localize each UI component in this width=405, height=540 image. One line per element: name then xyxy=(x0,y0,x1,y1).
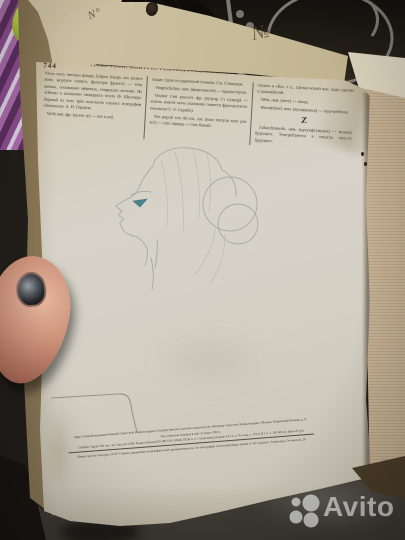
pencil-profile-sketch xyxy=(95,140,275,310)
ink-speck xyxy=(364,162,367,166)
handwritten-mark-large: № xyxy=(250,20,274,46)
column-middle: тащат. Одно из изречений стоиков. См. Ст… xyxy=(143,76,252,144)
book-photo-listing: N° № 744 VIVOS VOCO, MORTUOS PLANGO, FUL… xyxy=(0,0,405,540)
avito-watermark: Avito xyxy=(287,487,405,537)
sketch-eye xyxy=(133,199,147,207)
avito-logo-text: Avito xyxy=(323,491,394,523)
column-left: Vivos voco, mortuos plango, fulgura fran… xyxy=(38,70,147,138)
entry: Vivos voco, mortuos plango, fulgura fran… xyxy=(43,71,143,115)
paper-shading xyxy=(150,330,270,390)
avito-logo-icon xyxy=(287,491,323,531)
